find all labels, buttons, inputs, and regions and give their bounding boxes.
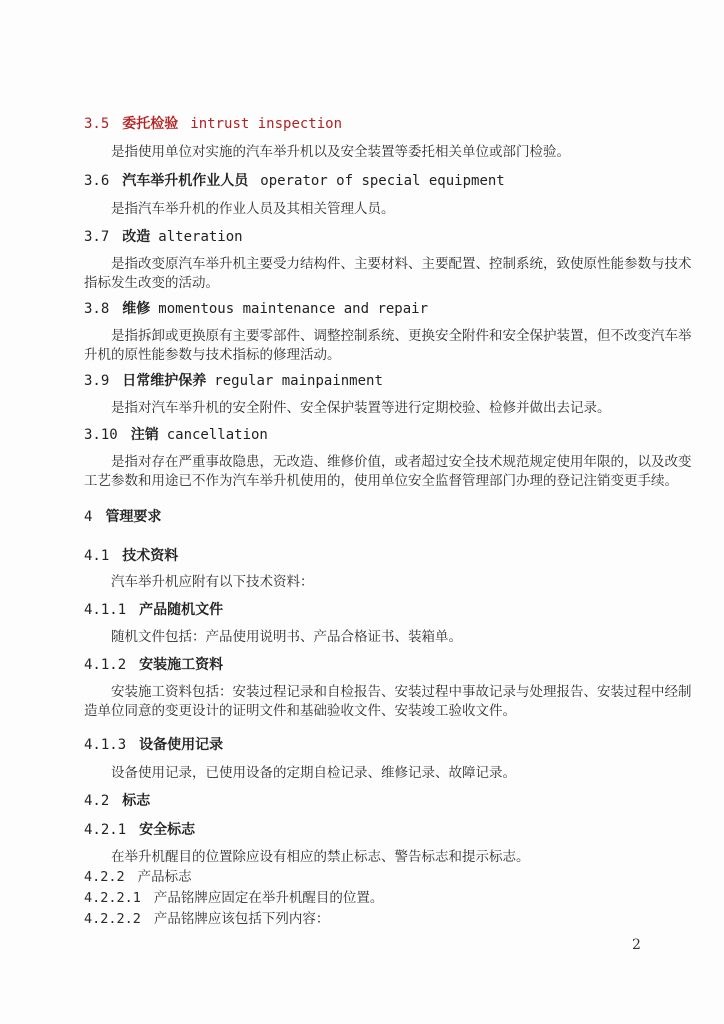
heading-term-en: alteration: [158, 229, 242, 245]
heading-number: 3.10: [84, 427, 118, 443]
heading-term-en: momentous maintenance and repair: [158, 301, 428, 317]
heading-3-9: 3.9日常维护保养regular mainpainment: [84, 373, 383, 390]
heading-4-1: 4.1技术资料: [84, 548, 178, 565]
clause-number: 4.2.2.1: [84, 890, 141, 906]
clause-text: 产品标志: [138, 869, 192, 885]
heading-term-zh: 设备使用记录: [139, 737, 223, 753]
paragraph-3-5: 是指使用单位对实施的汽车举升机以及安全装置等委托相关单位或部门检验。: [111, 144, 570, 161]
paragraph-3-7-line-2: 指标发生改变的活动。: [84, 275, 219, 292]
clause-4-2-2-1: 4.2.2.1产品铭牌应固定在举升机醒目的位置。: [84, 890, 383, 907]
paragraph-4-2-1: 在举升机醒目的位置除应设有相应的禁止标志、警告标志和提示标志。: [111, 849, 530, 866]
heading-term-zh: 日常维护保养: [122, 373, 206, 389]
heading-3-5: 3.5委托检验intrust inspection: [84, 116, 342, 133]
heading-4-2-1: 4.2.1安全标志: [84, 822, 195, 839]
paragraph-3-8-line-2: 升机的原性能参数与技术指标的修理活动。: [84, 347, 341, 364]
heading-3-8: 3.8维修momentous maintenance and repair: [84, 301, 428, 318]
clause-number: 4.2.2: [84, 869, 125, 885]
heading-number: 4.1.3: [84, 737, 126, 753]
heading-number: 3.7: [84, 229, 109, 245]
heading-term-zh: 汽车举升机作业人员: [122, 173, 248, 189]
heading-term-zh: 改造: [122, 229, 150, 245]
heading-number: 3.8: [84, 301, 109, 317]
heading-term-zh: 安全标志: [139, 822, 195, 838]
paragraph-3-7-line-1: 是指改变原汽车举升机主要受力结构件、主要材料、主要配置、控制系统，致使原性能参数…: [111, 256, 692, 273]
heading-number: 3.5: [84, 116, 109, 132]
heading-term-zh: 注销: [131, 427, 159, 443]
heading-number: 4.1: [84, 548, 109, 564]
paragraph-3-9: 是指对汽车举升机的安全附件、安全保护装置等进行定期校验、检修并做出去记录。: [111, 400, 611, 417]
heading-term-en: regular mainpainment: [214, 373, 383, 389]
heading-number: 4.2: [84, 793, 109, 809]
heading-number: 4: [84, 509, 92, 525]
paragraph-3-10-line-2: 工艺参数和用途已不作为汽车举升机使用的，使用单位安全监督管理部门办理的登记注销变…: [84, 473, 678, 490]
clause-text: 产品铭牌应该包括下列内容：: [154, 911, 330, 927]
paragraph-3-10-line-1: 是指对存在严重事故隐患，无改造、维修价值，或者超过安全技术规范规定使用年限的，以…: [111, 454, 692, 471]
heading-term-en: intrust inspection: [190, 116, 342, 132]
paragraph-3-6: 是指汽车举升机的作业人员及其相关管理人员。: [111, 201, 395, 218]
clause-text: 产品铭牌应固定在举升机醒目的位置。: [154, 890, 384, 906]
heading-term-en: operator of special equipment: [260, 173, 504, 189]
heading-term-zh: 委托检验: [122, 116, 178, 132]
heading-term-zh: 管理要求: [105, 509, 161, 525]
heading-term-zh: 维修: [122, 301, 150, 317]
heading-4-1-3: 4.1.3设备使用记录: [84, 737, 223, 754]
heading-number: 3.9: [84, 373, 109, 389]
paragraph-4-1-2-line-2: 造单位同意的变更设计的证明文件和基础验收文件、安装竣工验收文件。: [84, 703, 516, 720]
paragraph-4-1-2-line-1: 安装施工资料包括：安装过程记录和自检报告、安装过程中事故记录与处理报告、安装过程…: [111, 684, 692, 701]
heading-number: 4.2.1: [84, 822, 126, 838]
heading-4-2-2: 4.2.2产品标志: [84, 869, 192, 886]
heading-4: 4管理要求: [84, 509, 161, 526]
heading-3-6: 3.6汽车举升机作业人员operator of special equipmen…: [84, 173, 505, 190]
heading-3-10: 3.10注销cancellation: [84, 427, 268, 444]
heading-number: 4.1.1: [84, 602, 126, 618]
page-number: 2: [632, 937, 641, 953]
heading-term-en: cancellation: [167, 427, 268, 443]
heading-term-zh: 安装施工资料: [139, 657, 223, 673]
heading-4-1-1: 4.1.1产品随机文件: [84, 602, 223, 619]
clause-number: 4.2.2.2: [84, 911, 141, 927]
heading-term-zh: 技术资料: [122, 548, 178, 564]
paragraph-3-8-line-1: 是指拆卸或更换原有主要零部件、调整控制系统、更换安全附件和安全保护装置，但不改变…: [111, 328, 692, 345]
document-page: 3.5委托检验intrust inspection 是指使用单位对实施的汽车举升…: [0, 0, 724, 1024]
heading-3-7: 3.7改造alteration: [84, 229, 243, 246]
heading-term-zh: 产品随机文件: [139, 602, 223, 618]
heading-term-zh: 标志: [122, 793, 150, 809]
clause-4-2-2-2: 4.2.2.2产品铭牌应该包括下列内容：: [84, 911, 329, 928]
heading-number: 3.6: [84, 173, 109, 189]
paragraph-4-1-1: 随机文件包括：产品使用说明书、产品合格证书、装箱单。: [111, 629, 462, 646]
heading-number: 4.1.2: [84, 657, 126, 673]
heading-4-2: 4.2标志: [84, 793, 150, 810]
paragraph-4-1-3: 设备使用记录，已使用设备的定期自检记录、维修记录、故障记录。: [111, 765, 516, 782]
paragraph-4-1: 汽车举升机应附有以下技术资料：: [111, 574, 314, 591]
heading-4-1-2: 4.1.2安装施工资料: [84, 657, 223, 674]
